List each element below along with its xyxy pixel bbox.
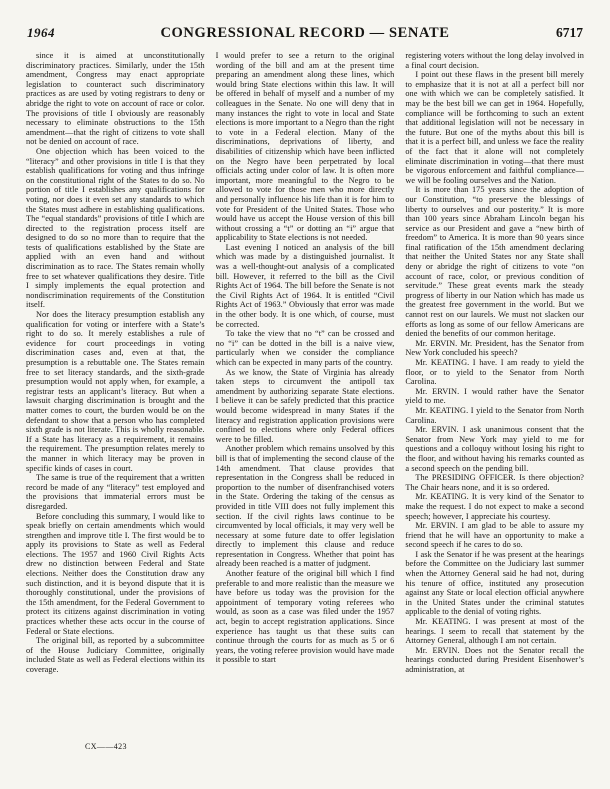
- paragraph: Another problem which remains unsolved b…: [216, 444, 395, 569]
- paragraph: registering voters without the long dela…: [405, 51, 584, 70]
- paragraph: Mr. ERVIN. I would rather have the Senat…: [405, 387, 584, 406]
- paragraph: Nor does the literacy presumption establ…: [26, 310, 205, 473]
- paragraph: Before concluding this summary, I would …: [26, 512, 205, 637]
- text-column-3: registering voters without the long dela…: [405, 51, 584, 751]
- paragraph: Mr. KEATING. I was present at most of th…: [405, 617, 584, 646]
- page-header: 1964 CONGRESSIONAL RECORD — SENATE 6717: [0, 0, 610, 47]
- paragraph: Mr. KEATING. I have. I am ready to yield…: [405, 358, 584, 387]
- page-body: since it is aimed at unconstitutionally …: [0, 47, 610, 751]
- text-column-2: I would prefer to see a return to the or…: [216, 51, 395, 751]
- paragraph: Another feature of the original bill whi…: [216, 569, 395, 665]
- paragraph: Mr. ERVIN. I am glad to be able to assur…: [405, 521, 584, 550]
- paragraph: The original bill, as reported by a subc…: [26, 636, 205, 674]
- paragraph: To take the view that no “t” can be cros…: [216, 329, 395, 367]
- paragraph: I point out these flaws in the present b…: [405, 70, 584, 185]
- paragraph: It is more than 175 years since the adop…: [405, 185, 584, 339]
- paragraph: One objection which has been voiced to t…: [26, 147, 205, 310]
- printers-mark: CX——423: [85, 742, 127, 751]
- paragraph: since it is aimed at unconstitutionally …: [26, 51, 205, 147]
- paragraph: I ask the Senator if he was present at t…: [405, 550, 584, 617]
- paragraph: Mr. ERVIN. Mr. President, has the Senato…: [405, 339, 584, 358]
- page-number: 6717: [493, 25, 583, 41]
- text-column-1: since it is aimed at unconstitutionally …: [26, 51, 205, 751]
- paragraph: As we know, the State of Virginia has al…: [216, 368, 395, 445]
- paragraph: Mr. KEATING. I yield to the Senator from…: [405, 406, 584, 425]
- paragraph: Mr. ERVIN. Does not the Senator recall t…: [405, 646, 584, 675]
- paragraph: I would prefer to see a return to the or…: [216, 51, 395, 243]
- paragraph: The PRESIDING OFFICER. Is there objectio…: [405, 473, 584, 492]
- volume-year: 1964: [27, 25, 117, 41]
- paragraph: Mr. KEATING. It is very kind of the Sena…: [405, 492, 584, 521]
- paragraph: Last evening I noticed an analysis of th…: [216, 243, 395, 329]
- congressional-record-page: 1964 CONGRESSIONAL RECORD — SENATE 6717 …: [0, 0, 610, 789]
- paragraph: The same is true of the requirement that…: [26, 473, 205, 511]
- paragraph: Mr. ERVIN. I ask unanimous consent that …: [405, 425, 584, 473]
- publication-title: CONGRESSIONAL RECORD — SENATE: [117, 25, 493, 42]
